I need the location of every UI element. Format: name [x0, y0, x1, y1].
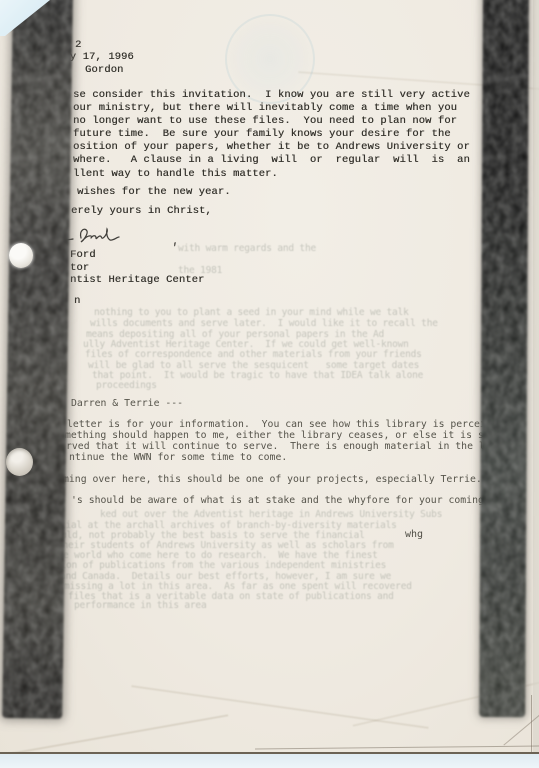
ghost-text-line: with warm regards and the: [178, 243, 316, 254]
signature-line: ntist Heritage Center: [70, 274, 204, 287]
ghost-text-line: the 1981: [178, 265, 222, 276]
paper-crease: [131, 685, 428, 728]
left-photocopy-band: [2, 0, 73, 719]
ghost-text-line: nothing to you to plant a seed in your m…: [94, 307, 409, 318]
ghost-text-line: performance in this area: [74, 600, 206, 611]
memo-initials: whg: [405, 529, 423, 540]
memo-line: 's should be aware of what is at stake a…: [71, 495, 513, 506]
signature-extra-line: n: [74, 295, 80, 308]
stacked-sheet-edge: [255, 746, 539, 750]
memo-line: ntinue the WWN for some time to come.: [69, 452, 287, 463]
letter-body-line: no longer want to use these files. You n…: [73, 115, 470, 128]
right-page-edge: [533, 0, 539, 753]
letter-body-line: where. A clause in a living will or regu…: [73, 154, 470, 167]
memo-line: rved that it will continue to serve. The…: [66, 441, 508, 452]
ghost-text-line: wills documents and serve later. I would…: [90, 318, 438, 329]
letter-body-line: our ministry, but there will inevitably …: [73, 102, 470, 115]
ghost-text-line: proceedings: [96, 380, 157, 391]
memo-line: letter is for your information. You can …: [67, 419, 509, 430]
letter-body-line: osition of your papers, whether it be to…: [73, 141, 470, 154]
hole-punch-bottom: [6, 448, 33, 476]
closing-line: wishes for the new year.: [77, 186, 231, 199]
scanned-letter-page: 2 ary 17, 1996 Gordon se consider this i…: [0, 0, 539, 768]
letter-body-line: se consider this invitation. I know you …: [73, 89, 470, 102]
hole-punch-top: [9, 243, 33, 268]
memo-line: ming over here, this should be one of yo…: [63, 474, 482, 485]
memo-line: mething should happen to me, either the …: [65, 430, 490, 441]
letter-body-line: future time. Be sure your family knows y…: [73, 128, 470, 141]
letter-body-line: llent way to handle this matter.: [73, 168, 470, 181]
valediction-line: erely yours in Christ,: [71, 205, 212, 218]
right-page-edge-line: [531, 695, 532, 753]
salutation-line: Gordon: [85, 64, 123, 77]
ghost-text-line: ked out over the Adventist heritage in A…: [100, 509, 442, 520]
memo-line: Darren & Terrie ---: [71, 398, 183, 409]
ghost-text-line: tion of publications from the various in…: [55, 560, 386, 571]
band-noise-texture: [2, 0, 73, 719]
letter-body: se consider this invitation. I know you …: [73, 89, 470, 181]
band-noise-texture: [479, 0, 529, 717]
right-photocopy-band: [479, 0, 529, 717]
ghost-text-line: files of correspondence and other materi…: [85, 349, 422, 360]
scanner-bed-bottom: [0, 754, 539, 768]
